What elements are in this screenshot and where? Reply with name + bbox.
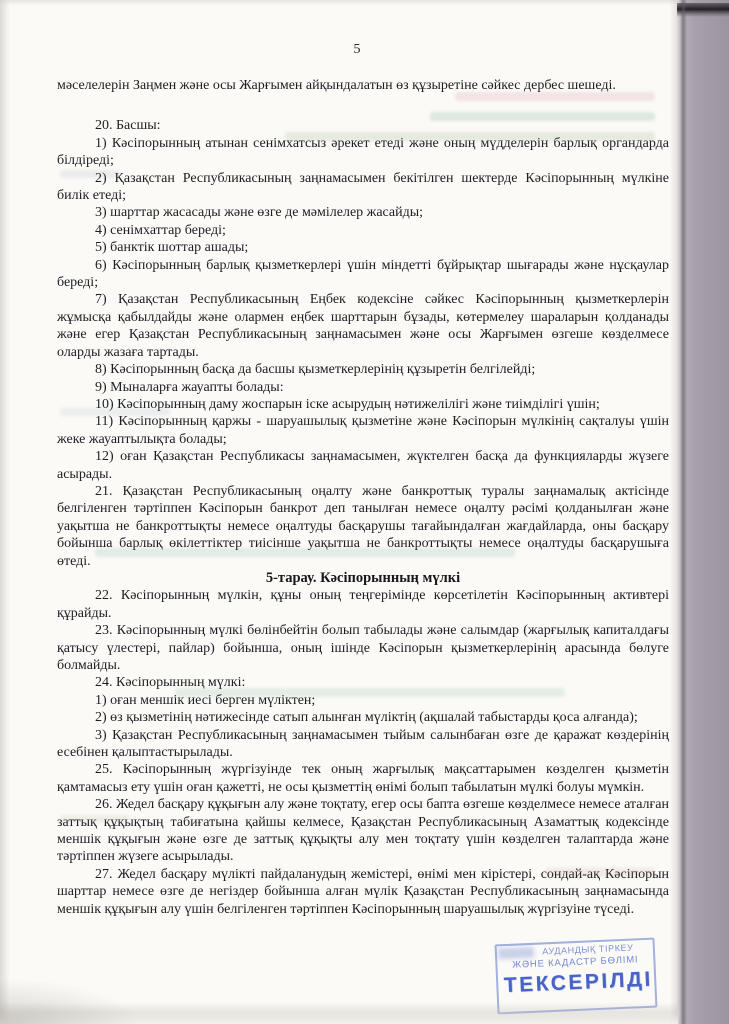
body-paragraph: 4) сенімхаттар береді; [57,222,669,239]
body-paragraph: 23. Кәсіпорынның мүлкі бөлінбейтін болып… [57,622,669,674]
document-body: мәселелерін Заңмен және осы Жарғымен айқ… [57,77,669,918]
bleedthrough-artifact [60,408,170,416]
chapter-heading: 5-тарау. Кәсіпорынның мүлкі [57,570,669,587]
body-paragraph: 8) Кәсіпорынның басқа да басшы қызметкер… [57,361,669,378]
bleedthrough-artifact [430,112,655,121]
bleedthrough-artifact [60,815,130,823]
page-left-edge-shadow [0,0,10,1024]
page-number: 5 [57,42,657,58]
body-paragraph: 6) Кәсіпорынның барлық қызметкерлері үші… [57,257,669,292]
body-paragraph: 12) оған Қазақстан Республикасы заңнамас… [57,448,669,483]
body-paragraph: 26. Жедел басқару құқығын алу және тоқта… [57,796,669,866]
body-paragraph: 2) Қазақстан Республикасының заңнамасыме… [57,170,669,205]
body-paragraph: 3) шарттар жасасады және өзге де мәмілел… [57,204,669,221]
body-paragraph: 22. Кәсіпорынның мүлкін, құны оның теңге… [57,587,669,622]
body-paragraph: 2) өз қызметінің нәтижесінде сатып алынғ… [57,709,669,726]
bleedthrough-artifact [285,132,655,141]
body-paragraph: 3) Қазақстан Республикасының заңнамасыме… [57,727,669,762]
bleedthrough-artifact [60,170,120,178]
page-corner-shadow [0,978,140,1024]
scan-edge-band [670,0,729,1024]
body-paragraph: 5) банктік шоттар ашады; [57,239,669,256]
bleedthrough-artifact [455,92,655,101]
body-paragraph: 7) Қазақстан Республикасының Еңбек кодек… [57,291,669,361]
body-paragraph: 25. Кәсіпорынның жүргізуінде тек оның жа… [57,761,669,796]
bleedthrough-artifact [95,548,515,557]
bleedthrough-artifact [545,868,655,877]
page-top-edge-shadow [0,0,678,5]
bleedthrough-artifact [175,688,565,697]
body-paragraph: 11) Кәсіпорынның қаржы - шаруашылық қызм… [57,413,669,448]
body-paragraph: 9) Мыналарға жауапты болады: [57,379,669,396]
scanned-document-page: 5 мәселелерін Заңмен және осы Жарғымен а… [0,0,729,1024]
